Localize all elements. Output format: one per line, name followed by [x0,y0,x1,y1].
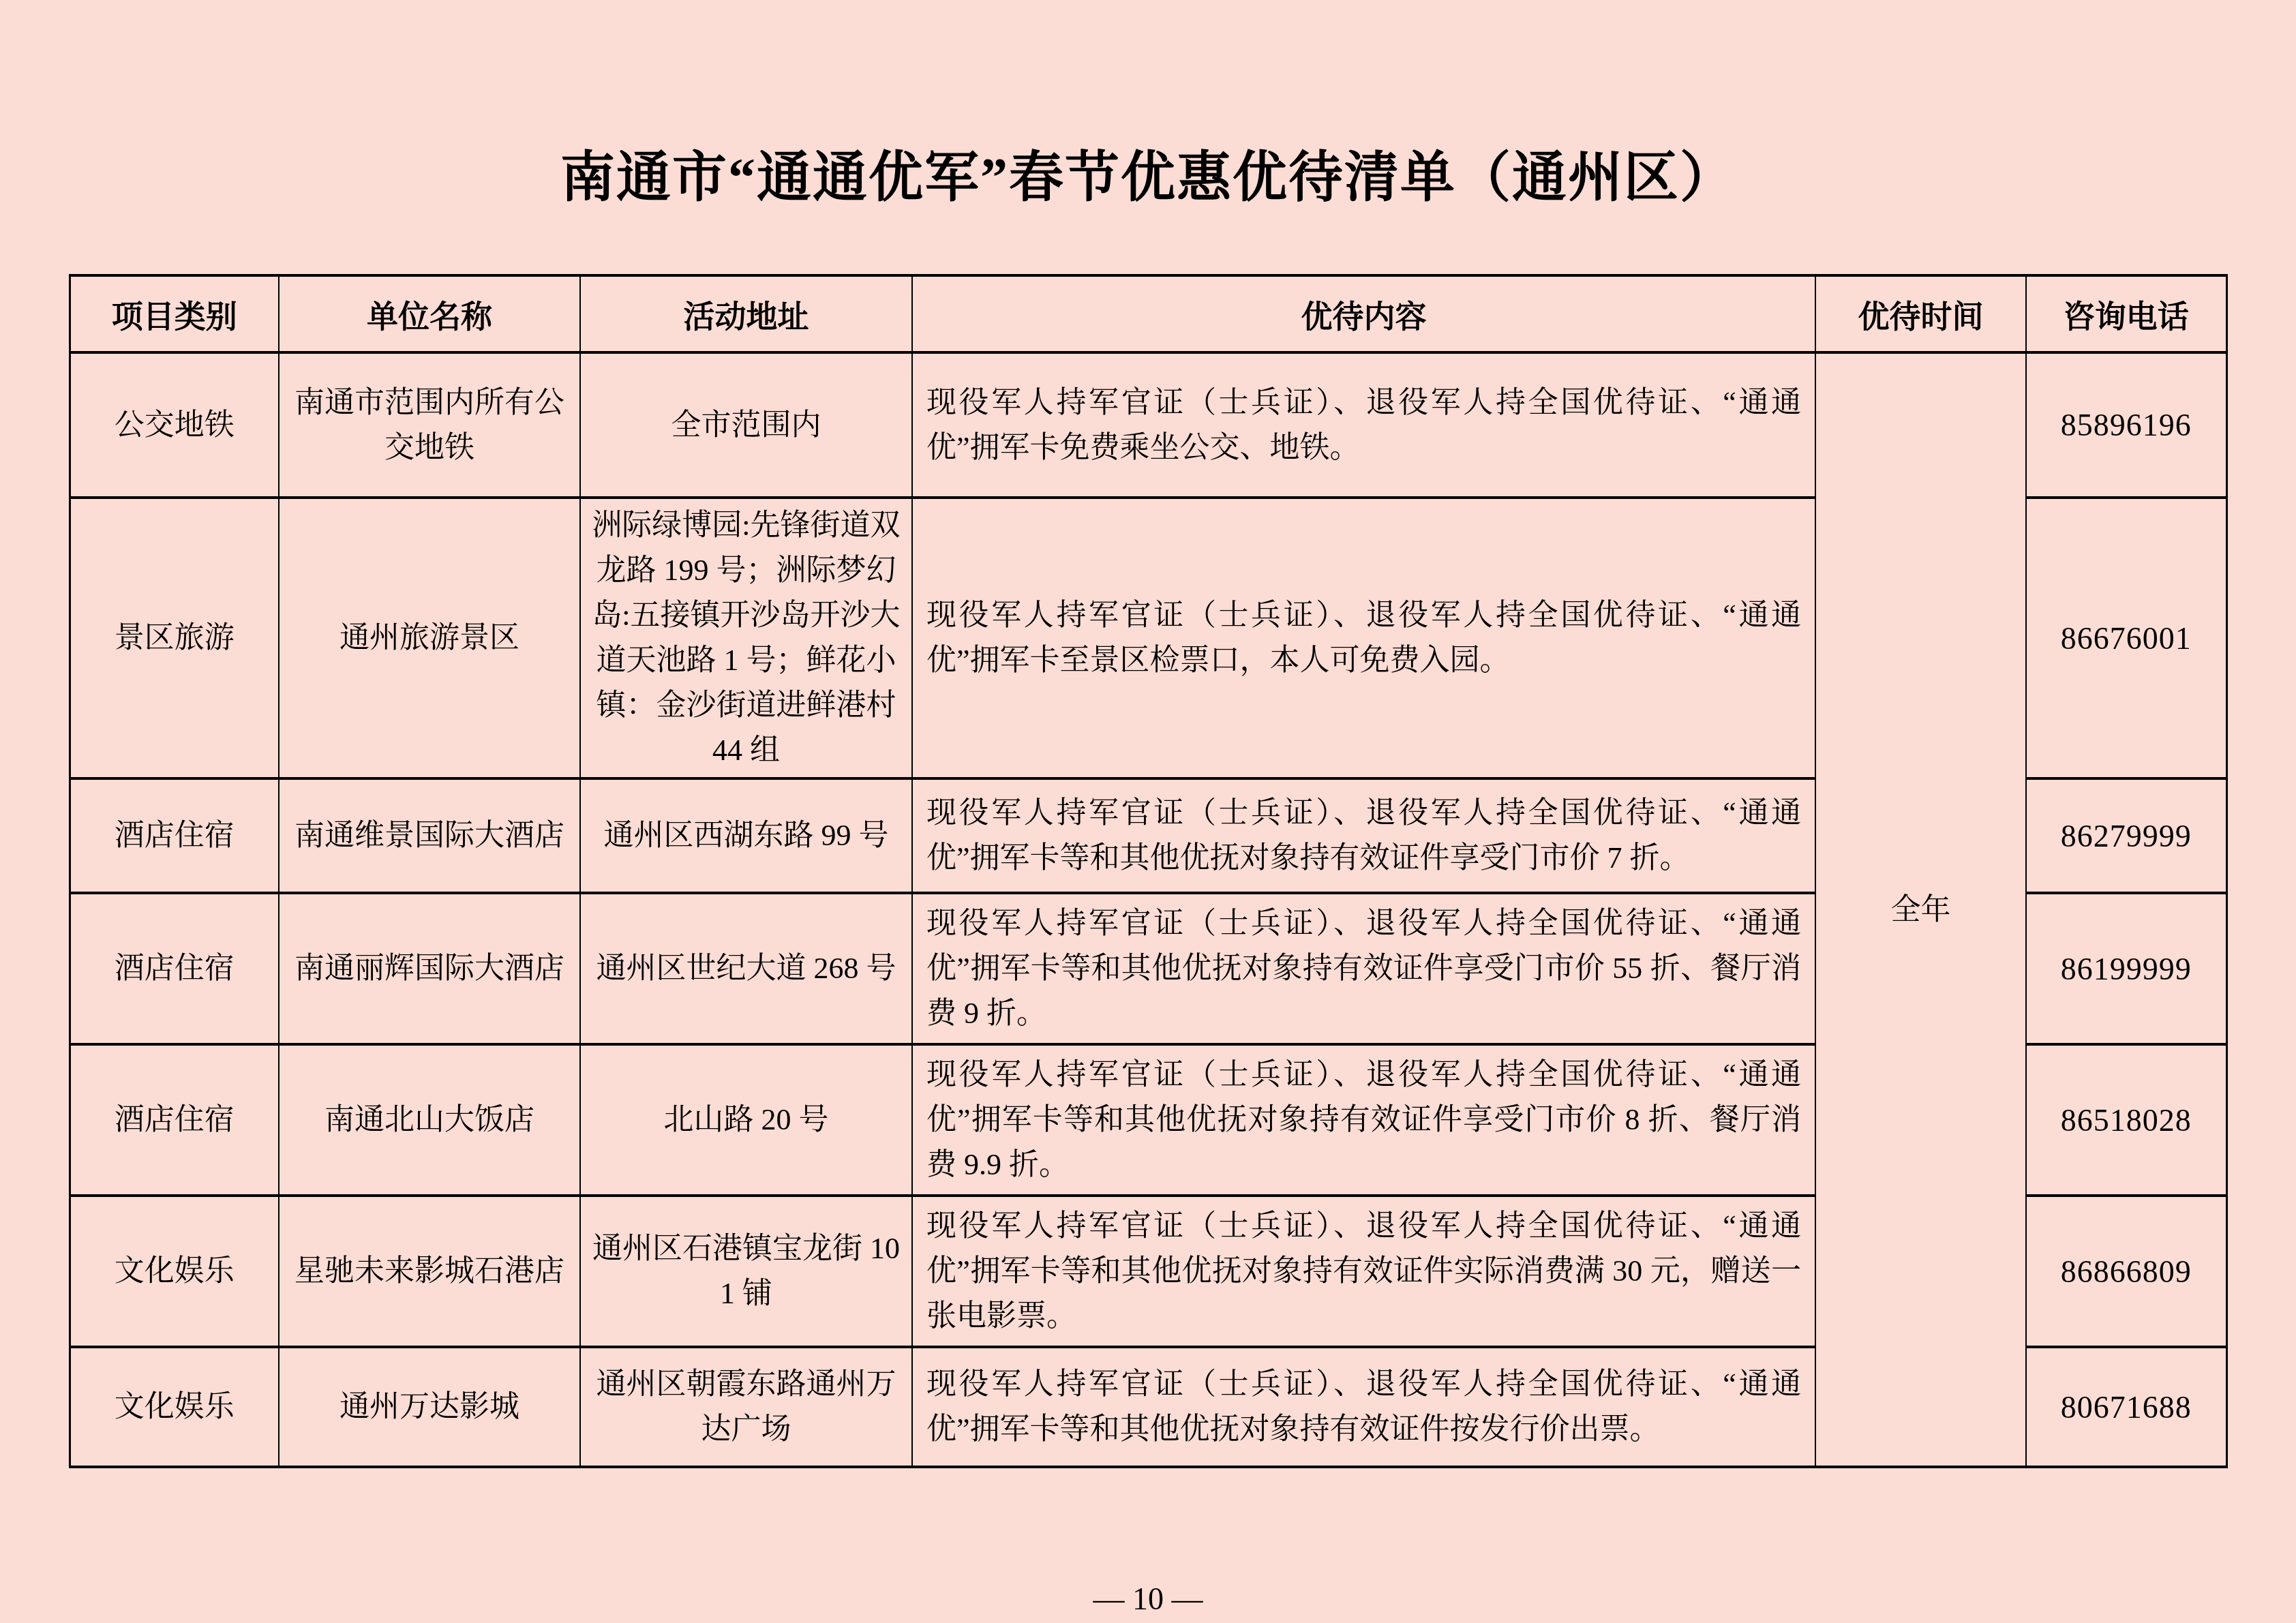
cell-unit-name: 南通市范围内所有公交地铁 [279,352,580,498]
cell-phone: 86199999 [2026,893,2226,1044]
cell-unit-name: 通州旅游景区 [279,498,580,778]
cell-unit-name: 通州万达影城 [279,1347,580,1467]
page-title: 南通市“通通优军”春节优惠优待清单（通州区） [0,0,2296,211]
cell-content: 现役军人持军官证（士兵证）、退役军人持全国优待证、“通通优”拥军卡等和其他优抚对… [912,1044,1815,1196]
cell-phone: 86866809 [2026,1196,2226,1347]
cell-unit-name: 南通维景国际大酒店 [279,778,580,893]
document-page: 南通市“通通优军”春节优惠优待清单（通州区） 项目类别 单位名称 活动地址 优待… [0,0,2296,1623]
header-content: 优待内容 [912,275,1815,352]
cell-content: 现役军人持军官证（士兵证）、退役军人持全国优待证、“通通优”拥军卡等和其他优抚对… [912,893,1815,1044]
cell-unit-name: 南通丽辉国际大酒店 [279,893,580,1044]
cell-address: 通州区石港镇宝龙街 101 铺 [580,1196,912,1347]
header-category: 项目类别 [70,275,279,352]
cell-address: 全市范围内 [580,352,912,498]
page-number: — 10 — [0,1581,2296,1617]
header-unit-name: 单位名称 [279,275,580,352]
table-header-row: 项目类别 单位名称 活动地址 优待内容 优待时间 咨询电话 [70,275,2226,352]
cell-category: 景区旅游 [70,498,279,778]
cell-category: 文化娱乐 [70,1196,279,1347]
header-phone: 咨询电话 [2026,275,2226,352]
cell-category: 酒店住宿 [70,893,279,1044]
cell-phone: 86676001 [2026,498,2226,778]
cell-content: 现役军人持军官证（士兵证）、退役军人持全国优待证、“通通优”拥军卡等和其他优抚对… [912,778,1815,893]
cell-phone: 86279999 [2026,778,2226,893]
cell-address: 通州区朝霞东路通州万达广场 [580,1347,912,1467]
cell-category: 公交地铁 [70,352,279,498]
cell-content: 现役军人持军官证（士兵证）、退役军人持全国优待证、“通通优”拥军卡等和其他优抚对… [912,1347,1815,1467]
cell-category: 酒店住宿 [70,778,279,893]
cell-address: 北山路 20 号 [580,1044,912,1196]
cell-unit-name: 南通北山大饭店 [279,1044,580,1196]
cell-content: 现役军人持军官证（士兵证）、退役军人持全国优待证、“通通优”拥军卡至景区检票口，… [912,498,1815,778]
cell-content: 现役军人持军官证（士兵证）、退役军人持全国优待证、“通通优”拥军卡等和其他优抚对… [912,1196,1815,1347]
cell-unit-name: 星驰未来影城石港店 [279,1196,580,1347]
cell-phone: 86518028 [2026,1044,2226,1196]
header-address: 活动地址 [580,275,912,352]
cell-phone: 80671688 [2026,1347,2226,1467]
header-time: 优待时间 [1815,275,2026,352]
cell-address: 洲际绿博园:先锋街道双龙路 199 号；洲际梦幻岛:五接镇开沙岛开沙大道天池路 … [580,498,912,778]
cell-category: 文化娱乐 [70,1347,279,1467]
table-row: 公交地铁 南通市范围内所有公交地铁 全市范围内 现役军人持军官证（士兵证）、退役… [70,352,2226,498]
benefits-table: 项目类别 单位名称 活动地址 优待内容 优待时间 咨询电话 公交地铁 南通市范围… [69,274,2228,1468]
cell-address: 通州区世纪大道 268 号 [580,893,912,1044]
cell-time-all-year: 全年 [1815,352,2026,1467]
cell-phone: 85896196 [2026,352,2226,498]
cell-category: 酒店住宿 [70,1044,279,1196]
cell-content: 现役军人持军官证（士兵证）、退役军人持全国优待证、“通通优”拥军卡免费乘坐公交、… [912,352,1815,498]
cell-address: 通州区西湖东路 99 号 [580,778,912,893]
